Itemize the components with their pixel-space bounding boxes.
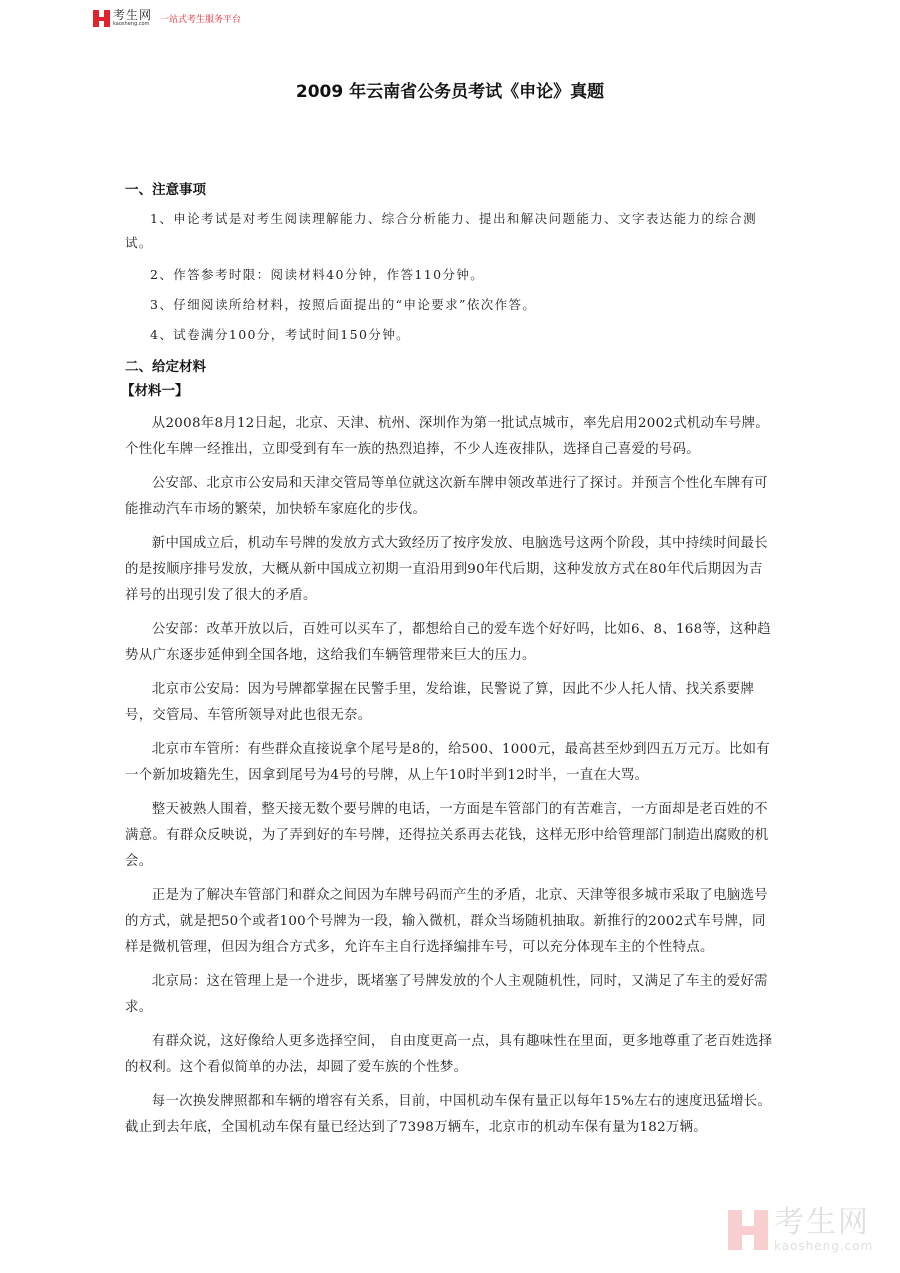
material-paragraph: 有群众说，这好像给人更多选择空间， 自由度更高一点，具有趣味性在里面，更多地尊重… [125,1029,775,1081]
slogan: 一站式考生服务平台 [160,12,241,25]
material-paragraph: 从2008年8月12日起，北京、天津、杭州、深圳作为第一批试点城市，率先启用20… [125,411,775,463]
watermark-en-text: kaosheng.com [774,1240,873,1252]
material-paragraph: 公安部、北京市公安局和天津交管局等单位就这次新车牌申领改革进行了探讨。并预言个性… [125,471,775,523]
material-paragraph: 新中国成立后，机动车号牌的发放方式大致经历了按序发放、电脑选号这两个阶段，其中持… [125,531,775,609]
material-paragraph: 北京局：这在管理上是一个进步，既堵塞了号牌发放的个人主观随机性，同时，又满足了车… [125,969,775,1021]
document-body: 一、注意事项 1、申论考试是对考生阅读理解能力、综合分析能力、提出和解决问题能力… [125,178,775,1141]
note-item: 2、作答参考时限：阅读材料40分钟，作答110分钟。 [125,263,775,287]
material-paragraph: 正是为了解决车管部门和群众之间因为车牌号码而产生的矛盾，北京、天津等很多城市采取… [125,883,775,961]
note-item: 3、仔细阅读所给材料，按照后面提出的“申论要求”依次作答。 [125,293,775,317]
material-paragraph: 整天被熟人围着，整天接无数个要号牌的电话，一方面是车管部门的有苦难言，一方面却是… [125,797,775,875]
watermark-cn-text: 考生网 [774,1208,873,1238]
logo-en-text: kaosheng.com [113,22,152,27]
watermark-logo-icon [728,1210,768,1250]
document-title: 2009 年云南省公务员考试《申论》真题 [0,77,900,102]
section-heading-notes: 一、注意事项 [125,178,775,198]
material-paragraph: 北京市公安局：因为号牌都掌握在民警手里，发给谁，民警说了算，因此不少人托人情、找… [125,677,775,729]
note-item: 1、申论考试是对考生阅读理解能力、综合分析能力、提出和解决问题能力、文字表达能力… [125,207,775,255]
section-heading-materials: 二、给定材料 [125,355,775,375]
site-header: 考生网 kaosheng.com 一站式考生服务平台 [93,7,241,29]
logo-icon [93,10,110,27]
material-label: 【材料一】 [121,379,775,399]
logo-cn-text: 考生网 [113,9,152,21]
note-item: 4、试卷满分100分，考试时间150分钟。 [125,323,775,347]
material-paragraph: 公安部：改革开放以后，百姓可以买车了，都想给自己的爱车选个好好吗，比如6、8、1… [125,617,775,669]
material-paragraph: 北京市车管所：有些群众直接说拿个尾号是8的，给500、1000元，最高甚至炒到四… [125,737,775,789]
material-paragraph: 每一次换发牌照都和车辆的增容有关系，目前，中国机动车保有量正以每年15%左右的速… [125,1089,775,1141]
logo: 考生网 kaosheng.com [113,9,152,27]
watermark: 考生网 kaosheng.com [728,1200,898,1260]
